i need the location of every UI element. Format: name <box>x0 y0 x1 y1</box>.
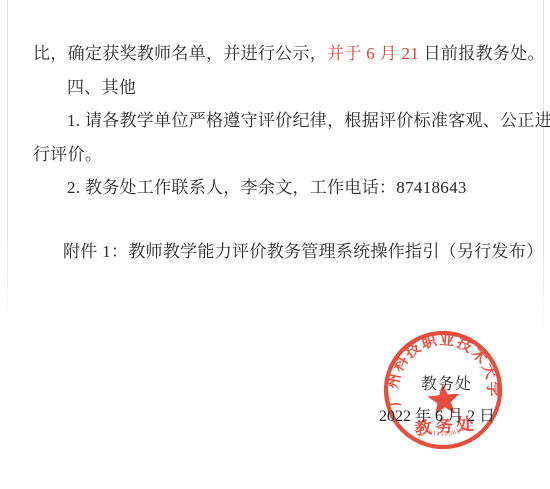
signature-date: 2022 年 6 月 2 日 <box>379 403 495 426</box>
body-line-1-black-end: 日前报教务处。 <box>424 44 545 63</box>
page-left-edge-line <box>7 0 8 320</box>
attachment-line: 附件 1：教师教学能力评价教务管理系统操作指引（另行发布） <box>63 242 543 261</box>
body-line-item1-cont: 行评价。 <box>33 145 102 164</box>
section-heading-other: 四、其他 <box>67 78 136 97</box>
body-line-item1: 1. 请各教学单位严格遵守评价纪律，根据评价标准客观、公正进 <box>67 111 550 130</box>
signature-department: 教务处 <box>421 371 472 394</box>
body-line-1: 比，确定获奖教师名单，并进行公示，并于 6 月 21 日前报教务处。 <box>33 44 545 63</box>
body-line-1-red-deadline: 并于 6 月 21 <box>327 44 424 63</box>
document-page: { "colors": { "page_bg": "#ffffff", "tex… <box>0 0 550 489</box>
body-line-item2-contact: 2. 教务处工作联系人，李余文，工作电话：87418643 <box>67 178 467 197</box>
body-line-1-black-start: 比，确定获奖教师名单，并进行公示， <box>33 44 327 63</box>
